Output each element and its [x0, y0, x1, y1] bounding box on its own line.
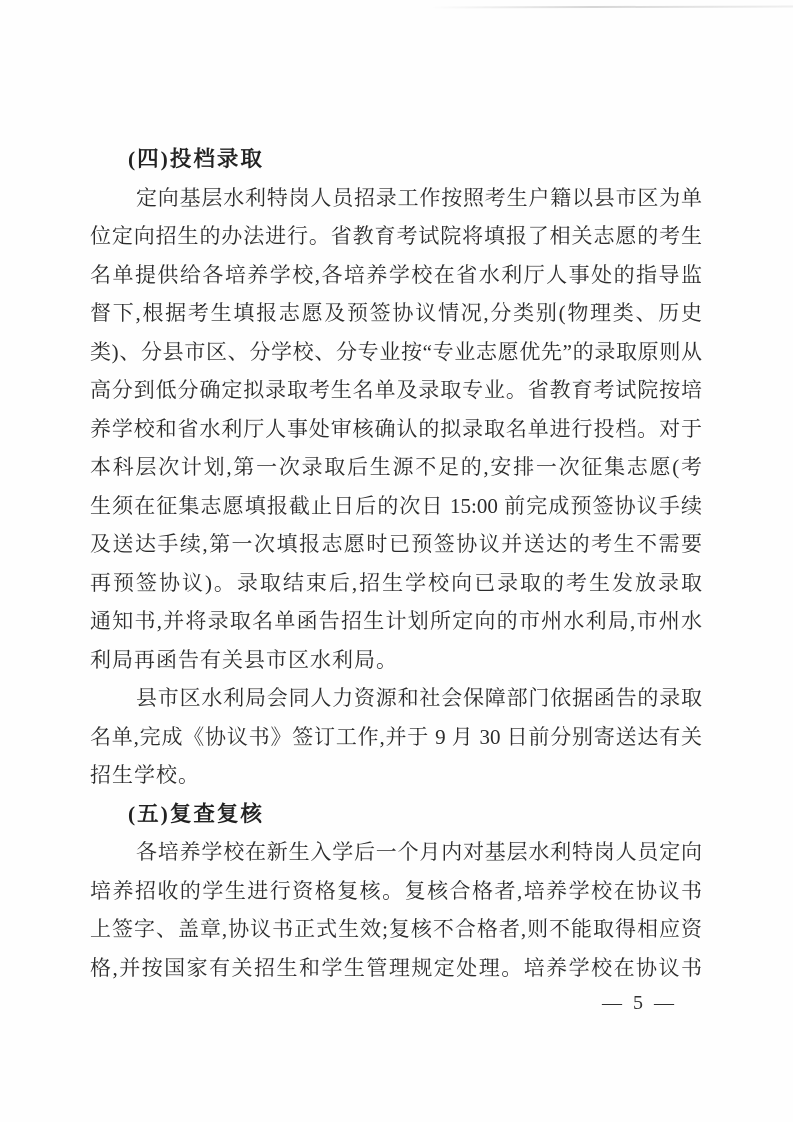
text-line: 及送达手续,第一次填报志愿时已预签协议并送达的考生不需要 — [90, 525, 702, 564]
text-line: 位定向招生的办法进行。省教育考试院将填报了相关志愿的考生 — [90, 217, 702, 256]
text-line: 养学校和省水利厅人事处审核确认的拟录取名单进行投档。对于 — [90, 410, 702, 449]
document-text: (四)投档录取定向基层水利特岗人员招录工作按照考生户籍以县市区为单位定向招生的办… — [90, 140, 702, 987]
text-line: 定向基层水利特岗人员招录工作按照考生户籍以县市区为单 — [90, 179, 702, 218]
text-line: 培养招收的学生进行资格复核。复核合格者,培养学校在协议书 — [90, 872, 702, 911]
section-heading: (四)投档录取 — [90, 140, 702, 179]
text-line: 各培养学校在新生入学后一个月内对基层水利特岗人员定向 — [90, 833, 702, 872]
text-line: 通知书,并将录取名单函告招生计划所定向的市州水利局,市州水 — [90, 602, 702, 641]
text-line: 上签字、盖章,协议书正式生效;复核不合格者,则不能取得相应资 — [90, 910, 702, 949]
text-line: 格,并按国家有关招生和学生管理规定处理。培养学校在协议书 — [90, 949, 702, 988]
scan-artifact-line — [430, 6, 793, 9]
text-line: 生须在征集志愿填报截止日后的次日 15:00 前完成预签协议手续 — [90, 487, 702, 526]
page-number: — 5 — — [602, 988, 677, 1018]
document-page: (四)投档录取定向基层水利特岗人员招录工作按照考生户籍以县市区为单位定向招生的办… — [0, 0, 793, 1122]
section-heading: (五)复查复核 — [90, 795, 702, 834]
text-line: 本科层次计划,第一次录取后生源不足的,安排一次征集志愿(考 — [90, 448, 702, 487]
text-line: 督下,根据考生填报志愿及预签协议情况,分类别(物理类、历史 — [90, 294, 702, 333]
text-line: 类)、分县市区、分学校、分专业按“专业志愿优先”的录取原则从 — [90, 333, 702, 372]
text-line: 名单,完成《协议书》签订工作,并于 9 月 30 日前分别寄送达有关 — [90, 718, 702, 757]
text-line: 县市区水利局会同人力资源和社会保障部门依据函告的录取 — [90, 679, 702, 718]
text-line: 再预签协议)。录取结束后,招生学校向已录取的考生发放录取 — [90, 564, 702, 603]
text-line: 高分到低分确定拟录取考生名单及录取专业。省教育考试院按培 — [90, 371, 702, 410]
text-line: 招生学校。 — [90, 756, 702, 795]
text-line: 名单提供给各培养学校,各培养学校在省水利厅人事处的指导监 — [90, 256, 702, 295]
text-line: 利局再函告有关县市区水利局。 — [90, 641, 702, 680]
